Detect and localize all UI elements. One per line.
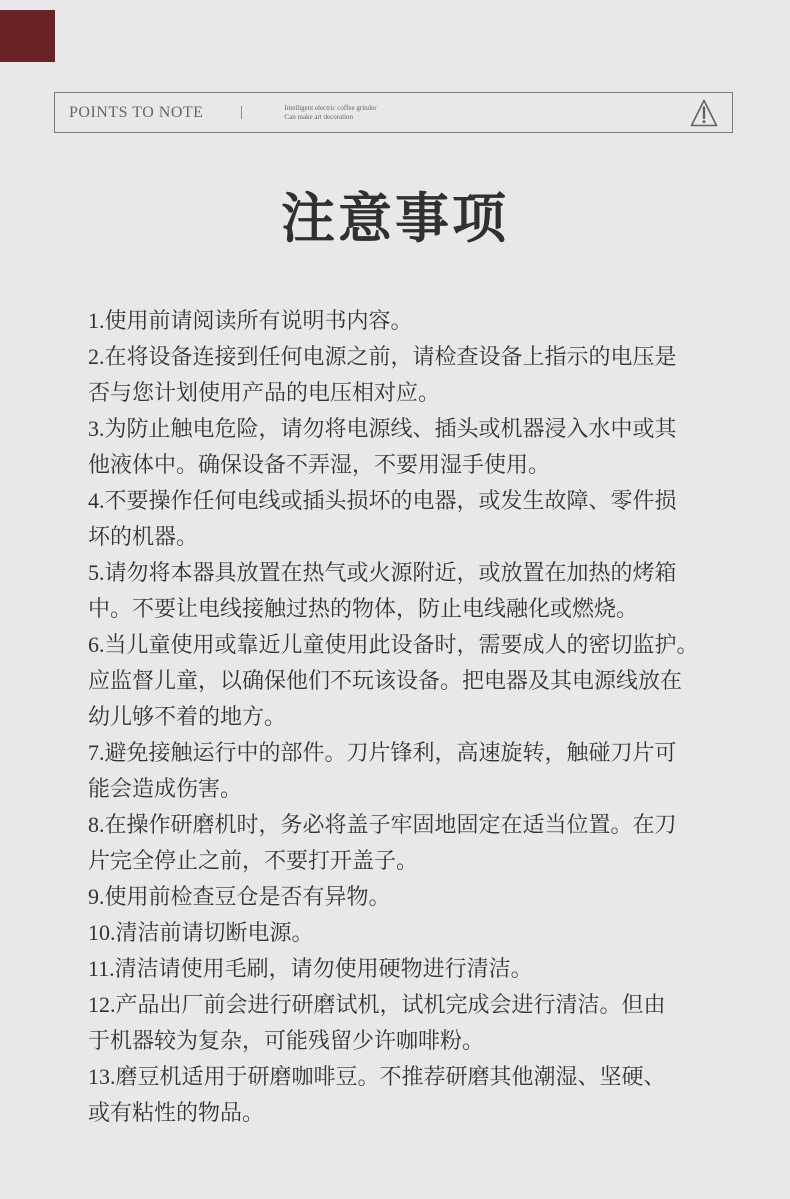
note-line: 能会造成伤害。: [88, 771, 760, 807]
warning-triangle-icon: [689, 97, 719, 129]
header-divider: [241, 106, 242, 119]
header-subtitle-line1: Intelligent electric coffee grinder: [284, 104, 376, 113]
corner-accent-square: [0, 10, 55, 62]
note-line: 10.清洁前请切断电源。: [88, 915, 760, 951]
note-line: 5.请勿将本器具放置在热气或火源附近，或放置在加热的烤箱: [88, 555, 760, 591]
note-line: 片完全停止之前，不要打开盖子。: [88, 843, 760, 879]
note-line: 4.不要操作任何电线或插头损坏的电器，或发生故障、零件损: [88, 483, 760, 519]
note-line: 6.当儿童使用或靠近儿童使用此设备时，需要成人的密切监护。: [88, 627, 760, 663]
header-subtitle-line2: Can make art decoration: [284, 113, 376, 122]
note-line: 3.为防止触电危险，请勿将电源线、插头或机器浸入水中或其: [88, 411, 760, 447]
note-line: 于机器较为复杂，可能残留少许咖啡粉。: [88, 1023, 760, 1059]
note-line: 2.在将设备连接到任何电源之前，请检查设备上指示的电压是: [88, 339, 760, 375]
note-line: 或有粘性的物品。: [88, 1095, 760, 1131]
note-line: 否与您计划使用产品的电压相对应。: [88, 375, 760, 411]
note-line: 11.清洁请使用毛刷，请勿使用硬物进行清洁。: [88, 951, 760, 987]
note-line: 中。不要让电线接触过热的物体，防止电线融化或燃烧。: [88, 591, 760, 627]
note-line: 9.使用前检查豆仓是否有异物。: [88, 879, 760, 915]
note-line: 1.使用前请阅读所有说明书内容。: [88, 303, 760, 339]
page-title: 注意事项: [0, 186, 790, 252]
note-line: 坏的机器。: [88, 519, 760, 555]
note-line: 7.避免接触运行中的部件。刀片锋利，高速旋转，触碰刀片可: [88, 735, 760, 771]
note-line: 12.产品出厂前会进行研磨试机，试机完成会进行清洁。但由: [88, 987, 760, 1023]
header-title: POINTS TO NOTE: [69, 104, 203, 122]
note-line: 8.在操作研磨机时，务必将盖子牢固地固定在适当位置。在刀: [88, 807, 760, 843]
note-line: 幼儿够不着的地方。: [88, 699, 760, 735]
header-subtitle: Intelligent electric coffee grinder Can …: [284, 104, 376, 122]
note-line: 应监督儿童，以确保他们不玩该设备。把电器及其电源线放在: [88, 663, 760, 699]
note-line: 他液体中。确保设备不弄湿，不要用湿手使用。: [88, 447, 760, 483]
note-line: 13.磨豆机适用于研磨咖啡豆。不推荐研磨其他潮湿、坚硬、: [88, 1059, 760, 1095]
notes-list: 1.使用前请阅读所有说明书内容。2.在将设备连接到任何电源之前，请检查设备上指示…: [88, 303, 760, 1131]
header-bar: POINTS TO NOTE Intelligent electric coff…: [54, 92, 733, 133]
